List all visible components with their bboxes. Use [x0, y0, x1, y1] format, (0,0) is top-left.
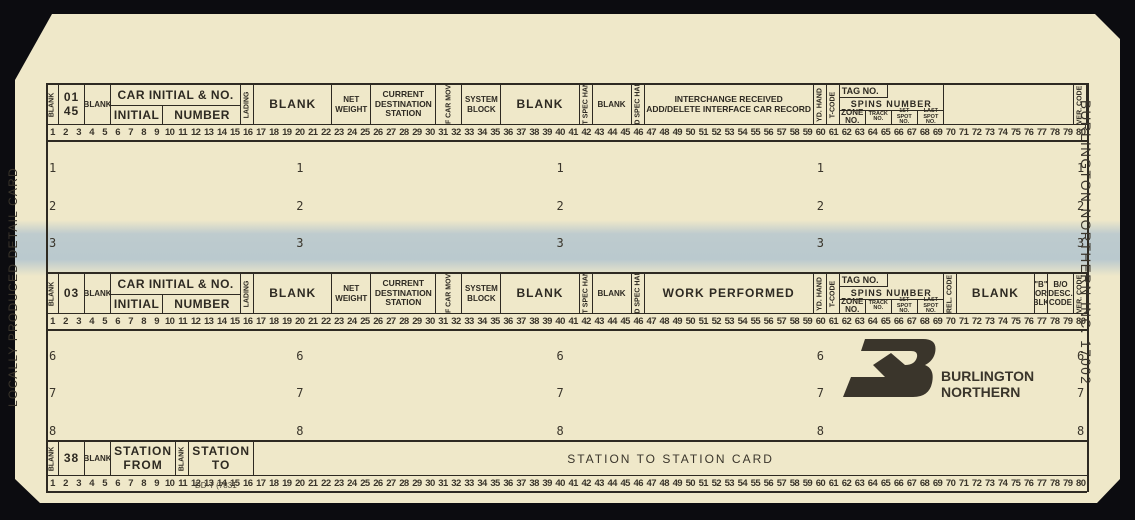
side-label-right: BURLINGTON NORTHERN INC. 17002 — [1078, 100, 1093, 385]
row-digit: 3 — [49, 236, 56, 250]
column-number: 52 — [710, 314, 723, 329]
column-number: 31 — [436, 125, 449, 140]
column-number: 70 — [944, 314, 957, 329]
column-number: 30 — [423, 314, 436, 329]
column-number: 52 — [710, 476, 723, 491]
column-number: 46 — [632, 476, 645, 491]
column-number: 42 — [580, 125, 593, 140]
column-number: 41 — [567, 314, 580, 329]
row-digit: 3 — [296, 236, 303, 250]
column-number: 22 — [319, 125, 332, 140]
column-number: 29 — [410, 476, 423, 491]
column-number: 70 — [944, 476, 957, 491]
column-number: 64 — [866, 476, 879, 491]
column-number: 38 — [528, 125, 541, 140]
row-digit: 8 — [49, 424, 56, 438]
column-number: 67 — [905, 476, 918, 491]
column-number: 43 — [593, 314, 606, 329]
column-number: 23 — [332, 314, 345, 329]
row-digit: 3 — [817, 236, 824, 250]
column-number: 60 — [814, 125, 827, 140]
field-tag-no-spins-number: TAG NO.SPINS NUMBERZONE NO.TRACK NO.1ST … — [840, 85, 944, 124]
column-number: 15 — [228, 125, 241, 140]
field-car-initial-no: CAR INITIAL & NO.INITIALNUMBER — [111, 85, 241, 124]
column-number: 38 — [528, 314, 541, 329]
column-number: 19 — [280, 314, 293, 329]
field-2nd-spec-hand: 2ND SPEC HAND — [632, 274, 645, 313]
column-number: 1 — [46, 314, 59, 329]
column-number: 19 — [280, 125, 293, 140]
column-number: 36 — [502, 125, 515, 140]
column-number: 59 — [801, 314, 814, 329]
column-number: 33 — [463, 476, 476, 491]
column-number: 24 — [345, 125, 358, 140]
row-digit: 6 — [49, 349, 56, 363]
column-number: 76 — [1022, 125, 1035, 140]
column-number: 3 — [72, 314, 85, 329]
section1-header: BLANK01 45BLANKCAR INITIAL & NO.INITIALN… — [46, 83, 1087, 125]
column-number: 28 — [397, 314, 410, 329]
column-number: 59 — [801, 125, 814, 140]
row-digit: 8 — [817, 424, 824, 438]
column-number: 19 — [280, 476, 293, 491]
column-number: 23 — [332, 125, 345, 140]
column-number: 45 — [619, 125, 632, 140]
column-number: 8 — [137, 314, 150, 329]
column-number: 20 — [293, 476, 306, 491]
column-number: 76 — [1022, 314, 1035, 329]
column-number: 42 — [580, 476, 593, 491]
column-number: 55 — [749, 314, 762, 329]
row-digit: 8 — [556, 424, 563, 438]
column-number: 57 — [775, 476, 788, 491]
row-digit: 2 — [556, 199, 563, 213]
row-digit: 2 — [817, 199, 824, 213]
field-blank: BLANK — [46, 442, 59, 475]
column-number: 25 — [358, 314, 371, 329]
column-number: 54 — [736, 314, 749, 329]
column-number: 9 — [150, 125, 163, 140]
column-number: 79 — [1061, 125, 1074, 140]
field-blank: BLANK — [593, 85, 632, 124]
column-number: 49 — [671, 125, 684, 140]
column-number: 78 — [1048, 314, 1061, 329]
field-1st-spec-hand: 1ST SPEC HAND — [580, 274, 593, 313]
field-blank: BLANK — [85, 85, 111, 124]
field-2nd-spec-hand: 2ND SPEC HAND — [632, 85, 645, 124]
column-number: 30 — [423, 476, 436, 491]
row-digit: 1 — [817, 161, 824, 175]
column-number: 7 — [124, 476, 137, 491]
field-net-weight: NET WEIGHT — [332, 85, 371, 124]
field-interchange-received-add-delete-interface-car-record: INTERCHANGE RECEIVED ADD/DELETE INTERFAC… — [645, 85, 814, 124]
column-number: 61 — [827, 476, 840, 491]
column-number: 1 — [46, 476, 59, 491]
column-number: 34 — [476, 125, 489, 140]
column-number: 39 — [541, 314, 554, 329]
column-number: 48 — [658, 125, 671, 140]
column-number: 22 — [319, 314, 332, 329]
column-number: 47 — [645, 314, 658, 329]
column-number: 33 — [463, 314, 476, 329]
column-number: 78 — [1048, 125, 1061, 140]
column-number: 48 — [658, 314, 671, 329]
column-number: 29 — [410, 314, 423, 329]
column-number: 65 — [879, 476, 892, 491]
column-number: 52 — [710, 125, 723, 140]
column-number: 24 — [345, 314, 358, 329]
field-yd-hand: YD. HAND — [814, 85, 827, 124]
column-number: 69 — [931, 476, 944, 491]
column-number: 28 — [397, 476, 410, 491]
field-current-destination-station: CURRENT DESTINATION STATION — [371, 274, 436, 313]
column-number: 36 — [502, 314, 515, 329]
column-number: 50 — [684, 314, 697, 329]
column-number: 72 — [970, 476, 983, 491]
column-number: 63 — [853, 125, 866, 140]
column-number: 72 — [970, 314, 983, 329]
column-number: 35 — [489, 125, 502, 140]
column-number: 74 — [996, 314, 1009, 329]
field-03: 03 — [59, 274, 85, 313]
field-station-from: STATION FROM — [111, 442, 176, 475]
column-number: 27 — [384, 125, 397, 140]
field-lading: LADING — [241, 274, 254, 313]
column-number: 12 — [189, 314, 202, 329]
column-number: 58 — [788, 476, 801, 491]
column-number: 34 — [476, 314, 489, 329]
column-number: 34 — [476, 476, 489, 491]
column-number: 51 — [697, 314, 710, 329]
column-number: 4 — [85, 314, 98, 329]
column-number: 26 — [371, 125, 384, 140]
column-number: 61 — [827, 125, 840, 140]
field-blank: BLANK — [593, 274, 632, 313]
column-number: 8 — [137, 476, 150, 491]
column-number: 18 — [267, 125, 280, 140]
column-number: 23 — [332, 476, 345, 491]
row-digit: 7 — [1077, 386, 1084, 400]
column-number: 26 — [371, 476, 384, 491]
column-number: 28 — [397, 125, 410, 140]
column-number: 31 — [436, 476, 449, 491]
field-blank: BLANK — [957, 274, 1035, 313]
column-number: 74 — [996, 476, 1009, 491]
field-rel-code: REL. CODE — [944, 274, 957, 313]
row-digit: 7 — [296, 386, 303, 400]
column-number: 41 — [567, 125, 580, 140]
column-number: 31 — [436, 314, 449, 329]
column-number: 79 — [1061, 476, 1074, 491]
field-system-block: SYSTEM BLOCK — [462, 85, 501, 124]
field-net-weight: NET WEIGHT — [332, 274, 371, 313]
column-number: 49 — [671, 476, 684, 491]
column-number: 62 — [840, 125, 853, 140]
column-number: 45 — [619, 314, 632, 329]
column-number: 5 — [98, 314, 111, 329]
column-number: 65 — [879, 125, 892, 140]
field-blank: BLANK — [501, 274, 579, 313]
column-number: 18 — [267, 476, 280, 491]
column-number: 56 — [762, 125, 775, 140]
column-number: 47 — [645, 476, 658, 491]
column-number: 2 — [59, 314, 72, 329]
field-38: 38 — [59, 442, 85, 475]
column-number: 9 — [150, 314, 163, 329]
column-number: 78 — [1048, 476, 1061, 491]
column-number: 7 — [124, 125, 137, 140]
column-number: 38 — [528, 476, 541, 491]
column-number: 40 — [554, 476, 567, 491]
column-number: 4 — [85, 125, 98, 140]
side-label-left: LOCALLY PRODUCED DETAIL CARD — [6, 167, 20, 407]
column-number: 71 — [957, 476, 970, 491]
column-number: 77 — [1035, 125, 1048, 140]
column-number: 44 — [606, 125, 619, 140]
column-number: 7 — [124, 314, 137, 329]
column-number: 4 — [85, 476, 98, 491]
column-number: 39 — [541, 125, 554, 140]
column-number: 21 — [306, 314, 319, 329]
column-number: 3 — [72, 476, 85, 491]
column-number: 44 — [606, 314, 619, 329]
column-number: 72 — [970, 125, 983, 140]
field-yd-hand: YD. HAND — [814, 274, 827, 313]
column-number: 70 — [944, 125, 957, 140]
column-number: 69 — [931, 314, 944, 329]
field-work-performed: WORK PERFORMED — [645, 274, 814, 313]
column-number: 49 — [671, 314, 684, 329]
column-number: 65 — [879, 314, 892, 329]
field-blank: BLANK — [501, 85, 579, 124]
column-number: 51 — [697, 125, 710, 140]
column-number: 33 — [463, 125, 476, 140]
column-number: 30 — [423, 125, 436, 140]
column-number: 60 — [814, 314, 827, 329]
column-number: 6 — [111, 125, 124, 140]
column-number: 21 — [306, 125, 319, 140]
column-number: 46 — [632, 125, 645, 140]
tag-no-label: TAG NO. — [840, 85, 888, 98]
row-digit: 6 — [817, 349, 824, 363]
column-number: 25 — [358, 476, 371, 491]
column-number: 15 — [228, 314, 241, 329]
section1-column-numbers: 1234567891011121314151617181920212223242… — [46, 125, 1087, 142]
column-number: 40 — [554, 125, 567, 140]
field-system-block: SYSTEM BLOCK — [462, 274, 501, 313]
row-digit: 8 — [296, 424, 303, 438]
column-number: 45 — [619, 476, 632, 491]
column-number: 58 — [788, 125, 801, 140]
column-number: 63 — [853, 476, 866, 491]
column-number: 35 — [489, 314, 502, 329]
column-number: 56 — [762, 476, 775, 491]
column-number: 17 — [254, 476, 267, 491]
column-number: 10 — [163, 314, 176, 329]
column-number: 59 — [801, 476, 814, 491]
column-number: 37 — [515, 314, 528, 329]
column-number: 53 — [723, 125, 736, 140]
column-number: 57 — [775, 125, 788, 140]
column-number: 62 — [840, 314, 853, 329]
column-number: 76 — [1022, 476, 1035, 491]
column-number: 66 — [892, 476, 905, 491]
column-number: 2 — [59, 476, 72, 491]
column-number: 61 — [827, 314, 840, 329]
column-number: 36 — [502, 476, 515, 491]
field-b-or-blk: "B" OR BLK — [1035, 274, 1048, 313]
column-number: 21 — [306, 476, 319, 491]
row-digit: 7 — [556, 386, 563, 400]
field-blank: BLANK — [254, 85, 332, 124]
column-number: 73 — [983, 125, 996, 140]
column-number: 43 — [593, 476, 606, 491]
row-digit: 2 — [49, 199, 56, 213]
column-number: 25 — [358, 125, 371, 140]
row-digit: 2 — [296, 199, 303, 213]
field-blank: BLANK — [254, 274, 332, 313]
column-number: 55 — [749, 476, 762, 491]
column-number: 14 — [215, 125, 228, 140]
column-number: 51 — [697, 476, 710, 491]
column-number: 5 — [98, 125, 111, 140]
column-number: 9 — [150, 476, 163, 491]
field-blank: BLANK — [85, 274, 111, 313]
bn-logo-text: BURLINGTON NORTHERN — [941, 368, 1034, 400]
column-number: 6 — [111, 314, 124, 329]
field-tag-no-spins-number: TAG NO.SPINS NUMBERZONE NO.TRACK NO.1ST … — [840, 274, 944, 313]
field-t-code: T-CODE — [827, 85, 840, 124]
column-number: 1 — [46, 125, 59, 140]
column-number: 11 — [176, 314, 189, 329]
column-number: 40 — [554, 314, 567, 329]
field-type-of-car-movement: TYPE OF CAR MOVEMENT — [436, 85, 462, 124]
row-digit: 1 — [49, 161, 56, 175]
column-number: 75 — [1009, 476, 1022, 491]
column-number: 37 — [515, 125, 528, 140]
column-number: 14 — [215, 314, 228, 329]
column-number: 32 — [449, 476, 462, 491]
field-1st-spec-hand: 1ST SPEC HAND — [580, 85, 593, 124]
column-number: 16 — [241, 314, 254, 329]
column-number: 54 — [736, 476, 749, 491]
column-number: 80 — [1074, 476, 1087, 491]
row-digit: 1 — [296, 161, 303, 175]
column-number: 62 — [840, 476, 853, 491]
row-digit: 7 — [817, 386, 824, 400]
column-number: 48 — [658, 476, 671, 491]
column-number: 41 — [567, 476, 580, 491]
column-number: 11 — [176, 476, 189, 491]
column-number: 71 — [957, 125, 970, 140]
column-number: 32 — [449, 125, 462, 140]
tag-no-label: TAG NO. — [840, 274, 888, 287]
column-number: 67 — [905, 125, 918, 140]
column-number: 63 — [853, 314, 866, 329]
section2-header: BLANK03BLANKCAR INITIAL & NO.INITIALNUMB… — [46, 272, 1087, 314]
column-number: 58 — [788, 314, 801, 329]
column-number: 64 — [866, 314, 879, 329]
column-number: 17 — [254, 125, 267, 140]
column-number: 66 — [892, 314, 905, 329]
column-number: 12 — [189, 125, 202, 140]
column-number: 16 — [241, 476, 254, 491]
column-number: 13 — [202, 125, 215, 140]
column-number: 20 — [293, 125, 306, 140]
column-number: 68 — [918, 314, 931, 329]
column-number: 74 — [996, 125, 1009, 140]
column-number: 39 — [541, 476, 554, 491]
column-number: 24 — [345, 476, 358, 491]
field-blank: BLANK — [46, 85, 59, 124]
field-station-to: STATION TO — [189, 442, 254, 475]
column-number: 73 — [983, 476, 996, 491]
column-number: 27 — [384, 476, 397, 491]
column-number: 66 — [892, 125, 905, 140]
field-car-initial-no: CAR INITIAL & NO.INITIALNUMBER — [111, 274, 241, 313]
column-number: 55 — [749, 125, 762, 140]
column-number: 60 — [814, 476, 827, 491]
column-number: 50 — [684, 125, 697, 140]
row-digit: 6 — [296, 349, 303, 363]
station-to-station-title: STATION TO STATION CARD — [254, 442, 1087, 476]
row-digit: 3 — [556, 236, 563, 250]
column-number: 37 — [515, 476, 528, 491]
field-type-of-car-movement: TYPE OF CAR MOVEMENT — [436, 274, 462, 313]
column-number: 22 — [319, 476, 332, 491]
column-number: 6 — [111, 476, 124, 491]
column-number: 29 — [410, 125, 423, 140]
column-number: 26 — [371, 314, 384, 329]
column-number: 68 — [918, 476, 931, 491]
column-number: 3 — [72, 125, 85, 140]
column-number: 53 — [723, 314, 736, 329]
column-number: 75 — [1009, 314, 1022, 329]
column-number: 2 — [59, 125, 72, 140]
column-number: 53 — [723, 476, 736, 491]
field-blank: BLANK — [46, 274, 59, 313]
column-number: 64 — [866, 125, 879, 140]
column-number: 5 — [98, 476, 111, 491]
column-number: 54 — [736, 125, 749, 140]
row-digit: 6 — [556, 349, 563, 363]
column-number: 17 — [254, 314, 267, 329]
column-number: 69 — [931, 125, 944, 140]
column-number: 18 — [267, 314, 280, 329]
row-digit: 8 — [1077, 424, 1084, 438]
column-number: 35 — [489, 476, 502, 491]
column-number: 42 — [580, 314, 593, 329]
column-number: 71 — [957, 314, 970, 329]
field-empty — [944, 85, 1074, 124]
column-number: 57 — [775, 314, 788, 329]
column-number: 10 — [163, 476, 176, 491]
column-number: 32 — [449, 314, 462, 329]
column-number: 75 — [1009, 125, 1022, 140]
form-number: DD-T (7831 — [195, 481, 237, 490]
column-number: 44 — [606, 476, 619, 491]
field-blank: BLANK — [176, 442, 189, 475]
column-number: 8 — [137, 125, 150, 140]
field-01-45: 01 45 — [59, 85, 85, 124]
field-t-code: T-CODE — [827, 274, 840, 313]
field-lading: LADING — [241, 85, 254, 124]
column-number: 68 — [918, 125, 931, 140]
row-digit: 7 — [49, 386, 56, 400]
column-number: 43 — [593, 125, 606, 140]
column-number: 10 — [163, 125, 176, 140]
row-digit: 1 — [556, 161, 563, 175]
